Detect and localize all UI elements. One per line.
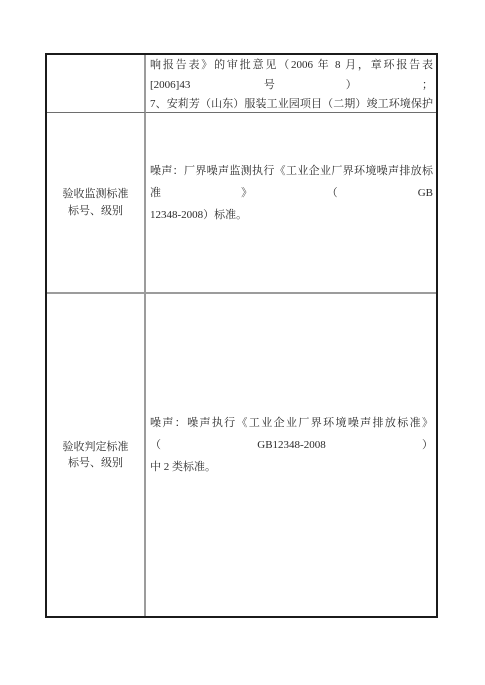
table-cell-monitoring-standard-label: 验收监测标准 标号、级别	[47, 113, 146, 294]
paragraph-line: 噪声：厂界噪声监测执行《工业企业厂界环境噪声排放标准》（GB	[150, 160, 433, 204]
table-cell-row1-label-empty	[47, 55, 146, 113]
table-cell-monitoring-standard-text: 噪声：厂界噪声监测执行《工业企业厂界环境噪声排放标准》（GB 12348-200…	[146, 113, 436, 294]
label-line: 验收判定标准	[47, 439, 144, 456]
paragraph-line: 中 2 类标准。	[150, 456, 433, 478]
label-line: 验收监测标准	[47, 186, 144, 203]
label-line: 标号、级别	[47, 455, 144, 472]
paragraph-line: 12348-2008）标准。	[150, 204, 433, 226]
acceptance-standards-table: 响报告表》的审批意见（2006 年 8 月，章环报告表[2006]43 号）； …	[45, 53, 438, 618]
paragraph-line: 噪声：噪声执行《工业企业厂界环境噪声排放标准》（GB12348-2008）	[150, 412, 433, 456]
label-line: 标号、级别	[47, 203, 144, 220]
document-page: 响报告表》的审批意见（2006 年 8 月，章环报告表[2006]43 号）； …	[0, 0, 485, 685]
table-cell-judgement-standard-text: 噪声：噪声执行《工业企业厂界环境噪声排放标准》（GB12348-2008） 中 …	[146, 294, 436, 616]
table-cell-judgement-standard-label: 验收判定标准 标号、级别	[47, 294, 146, 616]
paragraph-line: 7、安莉芳（山东）服装工业园项目（二期）竣工环境保护验收监测	[150, 95, 433, 113]
table-cell-approval-opinion-text: 响报告表》的审批意见（2006 年 8 月，章环报告表[2006]43 号）； …	[146, 55, 436, 113]
paragraph-line: 响报告表》的审批意见（2006 年 8 月，章环报告表[2006]43 号）；	[150, 56, 433, 95]
